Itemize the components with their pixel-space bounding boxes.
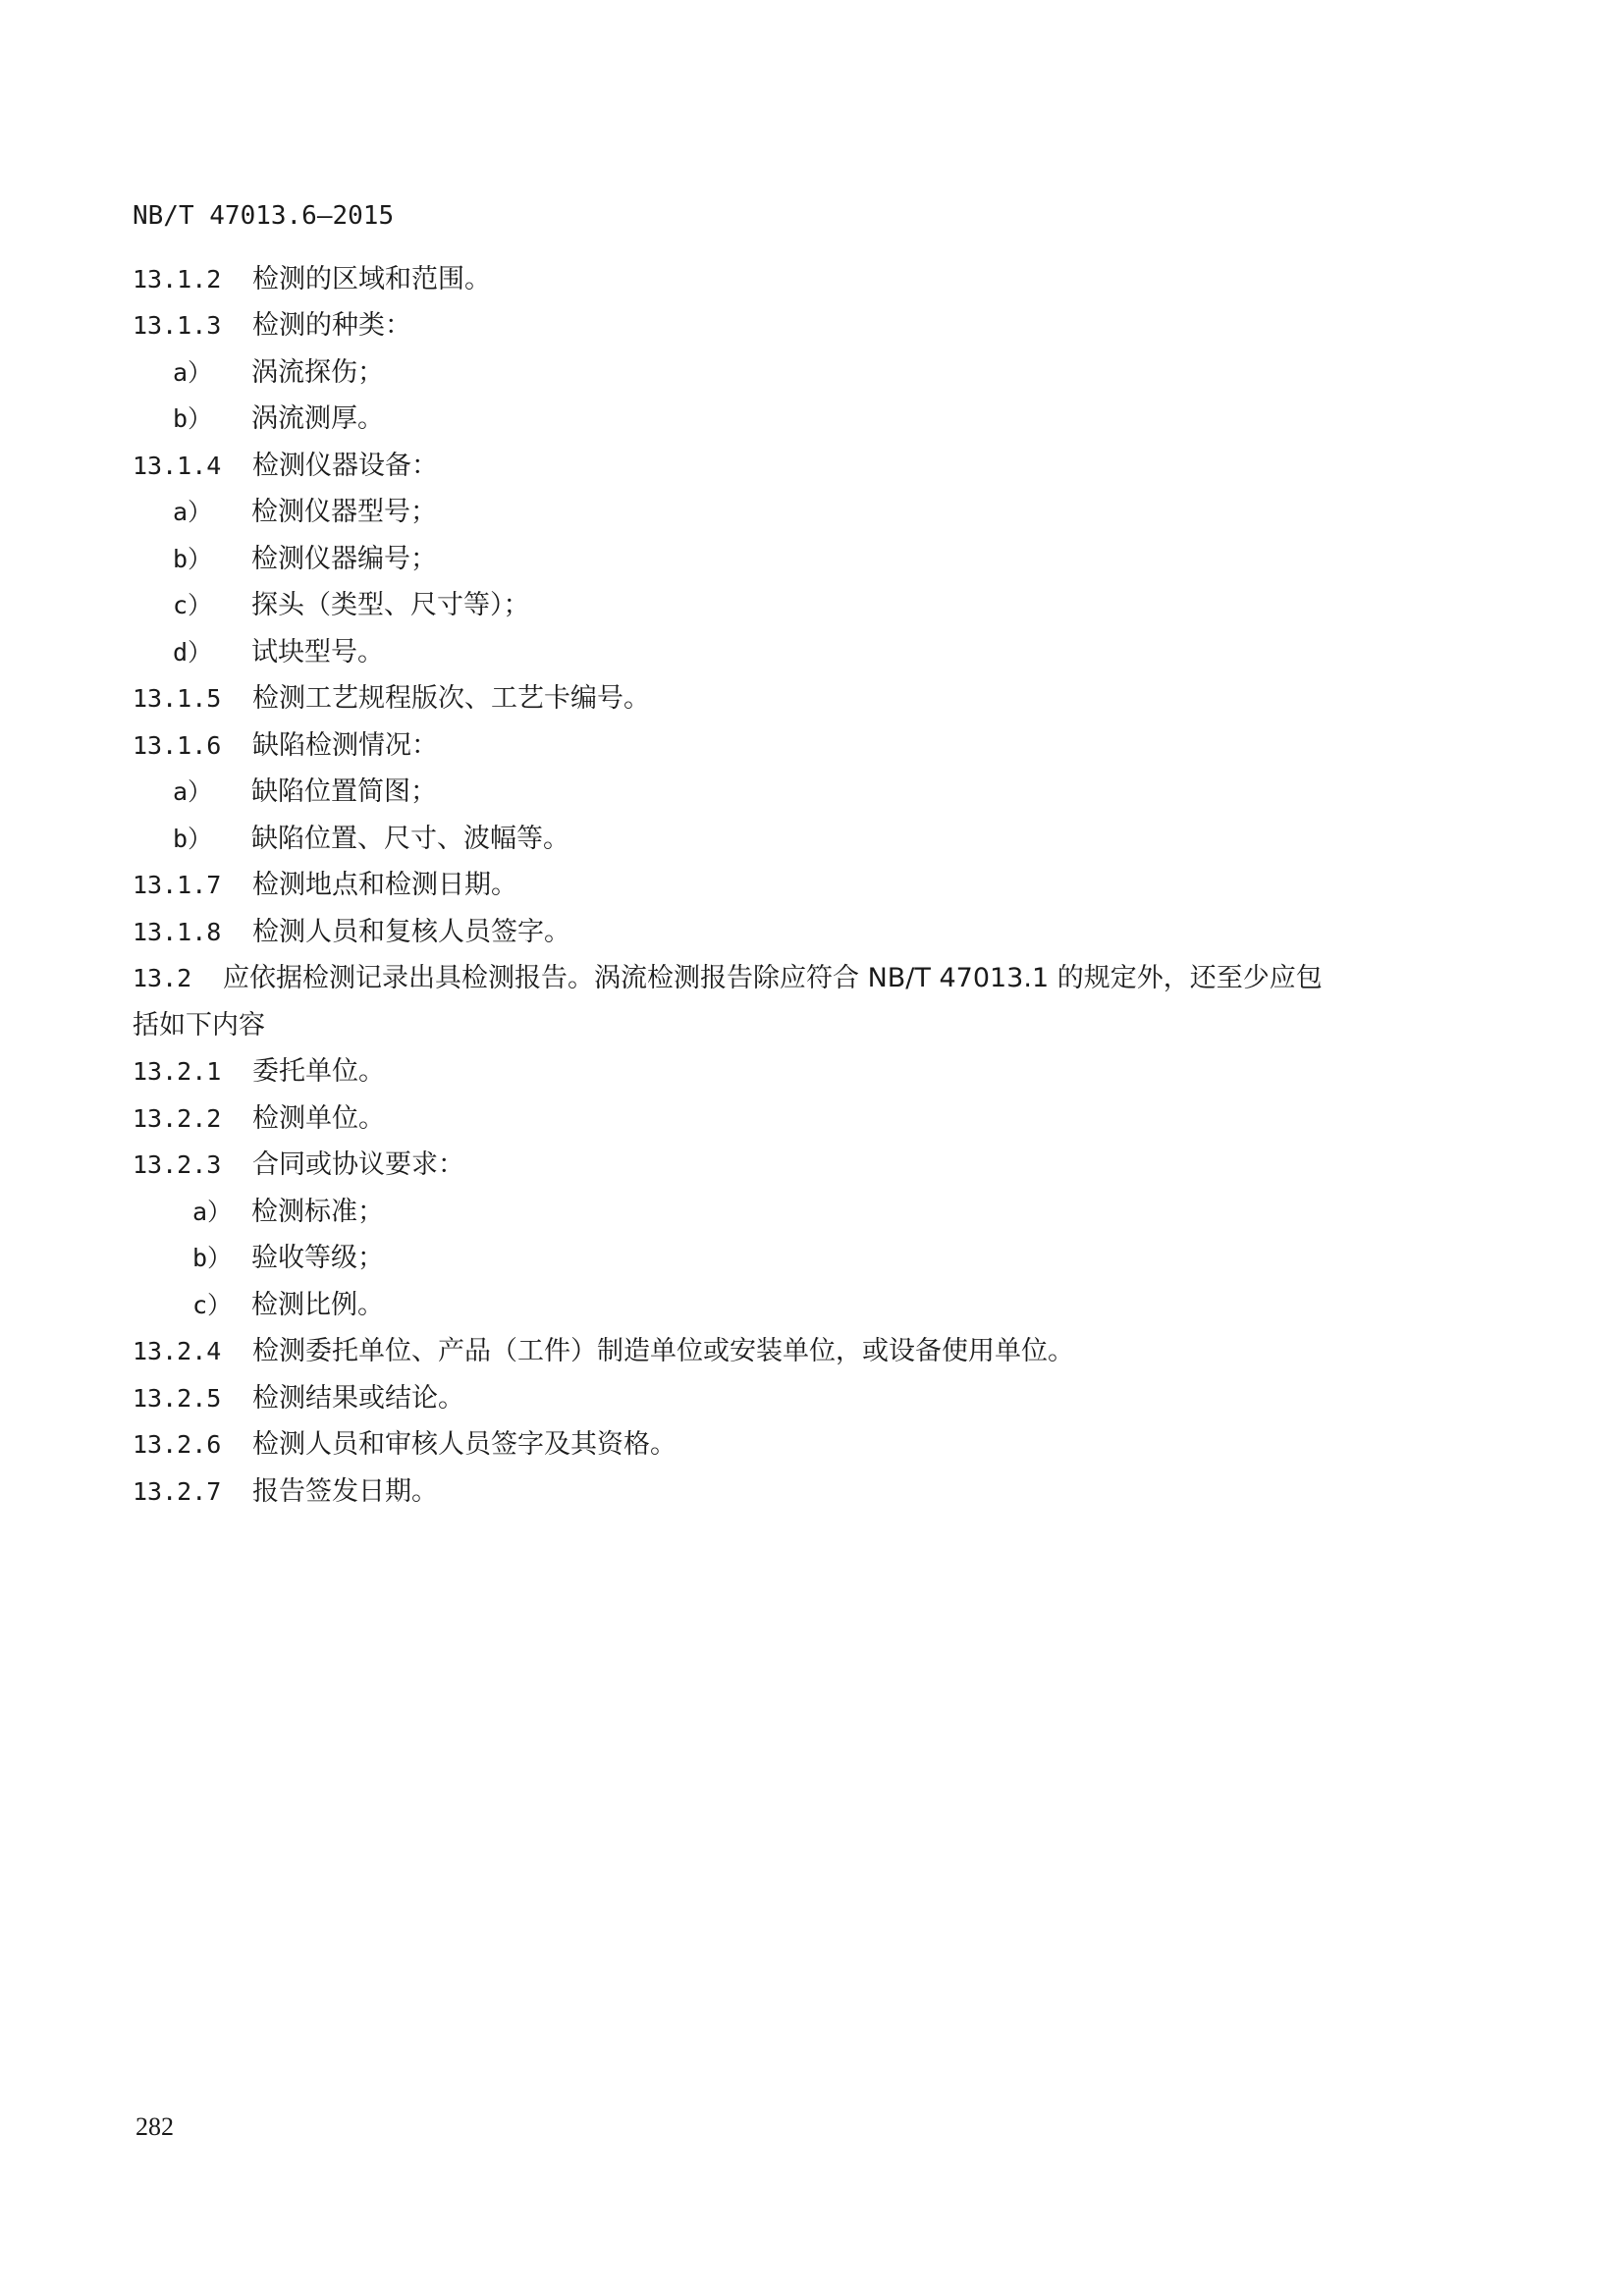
list-item-b: b）检测仪器编号； [173, 540, 437, 579]
item-text: 验收等级； [251, 1243, 384, 1273]
clause-number: 13.1.8 [133, 913, 252, 952]
list-item-a: a）涡流探伤； [173, 353, 384, 393]
clause-number: 13.2.1 [133, 1052, 252, 1092]
clause-13-2-3: 13.2.3合同或协议要求： [133, 1146, 464, 1185]
clause-text: 检测结果或结论。 [252, 1383, 464, 1414]
item-marker: a） [173, 773, 251, 812]
clause-number: 13.2.5 [133, 1379, 252, 1418]
item-text: 检测仪器编号； [251, 544, 437, 574]
clause-13-2-1: 13.2.1委托单位。 [133, 1052, 385, 1092]
clause-number: 13.1.7 [133, 866, 252, 905]
clause-number: 13.1.2 [133, 260, 252, 299]
clause-number: 13.1.3 [133, 306, 252, 346]
item-text: 涡流探伤； [251, 357, 384, 388]
clause-13-1-5: 13.1.5检测工艺规程版次、工艺卡编号。 [133, 679, 650, 719]
item-text: 检测标准； [251, 1197, 384, 1227]
item-text: 试块型号。 [251, 637, 384, 667]
clause-13-2-6: 13.2.6检测人员和审核人员签字及其资格。 [133, 1425, 677, 1465]
item-marker: b） [173, 540, 251, 579]
clause-number: 13.2.3 [133, 1146, 252, 1185]
clause-13-2: 13.2应依据检测记录出具检测报告。涡流检测报告除应符合 NB/T 47013.… [133, 959, 1323, 998]
page-number: 282 [135, 2112, 174, 2142]
item-marker: c） [173, 586, 251, 625]
clause-number: 13.2.7 [133, 1472, 252, 1512]
item-text: 涡流测厚。 [251, 403, 384, 434]
item-text: 缺陷位置、尺寸、波幅等。 [251, 824, 569, 854]
document-standard-code: NB/T 47013.6—2015 [133, 201, 394, 231]
item-marker: c） [192, 1286, 251, 1325]
clause-13-1-6: 13.1.6缺陷检测情况： [133, 726, 438, 766]
clause-text: 检测委托单位、产品（工件）制造单位或安装单位，或设备使用单位。 [252, 1336, 1074, 1366]
item-text: 探头（类型、尺寸等）； [251, 590, 530, 620]
item-text: 检测比例。 [251, 1290, 384, 1320]
list-item-b: b）缺陷位置、尺寸、波幅等。 [173, 820, 569, 859]
clause-number: 13.2.4 [133, 1332, 252, 1371]
clause-text: 检测的区域和范围。 [252, 264, 491, 294]
list-item-c: c）探头（类型、尺寸等）； [173, 586, 530, 625]
list-item-a: a）检测标准； [192, 1193, 384, 1232]
clause-13-1-8: 13.1.8检测人员和复核人员签字。 [133, 913, 570, 952]
clause-text: 检测人员和审核人员签字及其资格。 [252, 1429, 677, 1460]
clause-number: 13.1.5 [133, 679, 252, 719]
clause-text: 报告签发日期。 [252, 1476, 438, 1507]
item-marker: d） [173, 633, 251, 672]
item-marker: a） [173, 493, 251, 532]
clause-text: 合同或协议要求： [252, 1149, 464, 1180]
item-text: 缺陷位置简图； [251, 776, 437, 807]
list-item-b: b）验收等级； [192, 1239, 384, 1278]
clause-text: 检测单位。 [252, 1103, 385, 1134]
clause-text: 检测工艺规程版次、工艺卡编号。 [252, 683, 650, 714]
clause-text: 检测地点和检测日期。 [252, 870, 517, 900]
clause-number: 13.1.6 [133, 726, 252, 766]
clause-number: 13.2.6 [133, 1425, 252, 1465]
item-marker: b） [173, 400, 251, 439]
clause-text: 检测仪器设备： [252, 451, 438, 481]
clause-13-2-5: 13.2.5检测结果或结论。 [133, 1379, 464, 1418]
clause-13-1-4: 13.1.4检测仪器设备： [133, 447, 438, 486]
clause-text: 委托单位。 [252, 1056, 385, 1087]
list-item-a: a）缺陷位置简图； [173, 773, 437, 812]
list-item-b: b）涡流测厚。 [173, 400, 384, 439]
clause-13-1-7: 13.1.7检测地点和检测日期。 [133, 866, 517, 905]
list-item-c: c）检测比例。 [192, 1286, 384, 1325]
clause-number: 13.2 [133, 959, 223, 998]
list-item-d: d）试块型号。 [173, 633, 384, 672]
item-marker: a） [192, 1193, 251, 1232]
clause-text: 检测人员和复核人员签字。 [252, 917, 570, 947]
clause-text: 缺陷检测情况： [252, 730, 438, 761]
clause-text: 检测的种类： [252, 310, 411, 341]
clause-13-2-7: 13.2.7报告签发日期。 [133, 1472, 438, 1512]
item-text: 检测仪器型号； [251, 497, 437, 527]
clause-13-2-continuation: 括如下内容 [133, 1006, 265, 1045]
clause-text: 应依据检测记录出具检测报告。涡流检测报告除应符合 NB/T 47013.1 的规… [223, 963, 1323, 993]
clause-13-1-3: 13.1.3检测的种类： [133, 306, 411, 346]
item-marker: a） [173, 353, 251, 393]
clause-number: 13.1.4 [133, 447, 252, 486]
clause-13-2-4: 13.2.4检测委托单位、产品（工件）制造单位或安装单位，或设备使用单位。 [133, 1332, 1074, 1371]
list-item-a: a）检测仪器型号； [173, 493, 437, 532]
clause-13-1-2: 13.1.2检测的区域和范围。 [133, 260, 491, 299]
item-marker: b） [173, 820, 251, 859]
clause-number: 13.2.2 [133, 1099, 252, 1139]
clause-13-2-2: 13.2.2检测单位。 [133, 1099, 385, 1139]
item-marker: b） [192, 1239, 251, 1278]
